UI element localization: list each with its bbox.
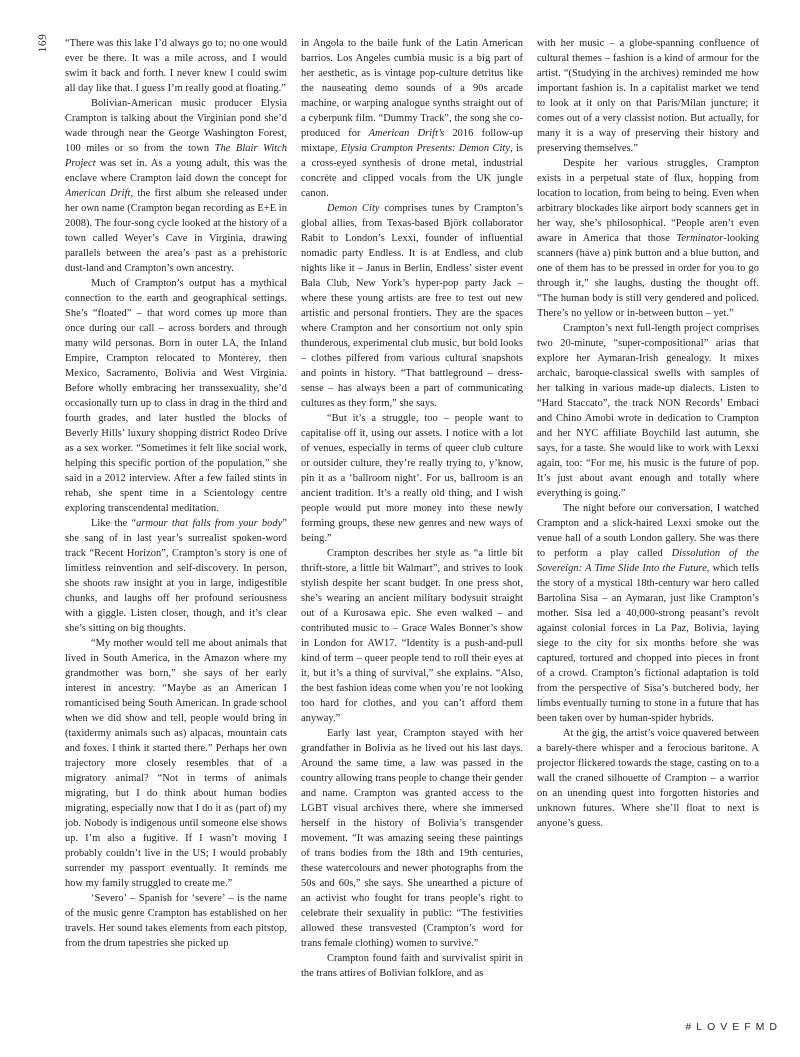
paragraph: with her music – a globe-spanning conflu… (537, 36, 759, 156)
paragraph: in Angola to the baile funk of the Latin… (301, 36, 523, 201)
text-segment: ” she sang of in last year’s surrealist … (65, 518, 287, 634)
text-segment: with her music – a globe-spanning conflu… (537, 38, 759, 154)
text-segment: American Drift’s (369, 128, 445, 139)
text-segment: Like the “ (91, 518, 136, 529)
paragraph: Crampton describes her style as “a littl… (301, 546, 523, 726)
text-segment: Demon City (327, 203, 380, 214)
paragraph: Early last year, Crampton stayed with he… (301, 726, 523, 951)
text-segment: armour that falls from your body (136, 518, 282, 529)
text-segment: ‘Severo’ – Spanish for ‘severe’ – is the… (65, 893, 287, 949)
article-columns: “There was this lake I’d always go to; n… (65, 36, 759, 981)
paragraph: ‘Severo’ – Spanish for ‘severe’ – is the… (65, 891, 287, 951)
text-segment: “There was this lake I’d always go to; n… (65, 38, 287, 94)
watermark-lovefmd: #LOVEFMD (685, 1021, 782, 1033)
paragraph: “But it’s a struggle, too – people want … (301, 411, 523, 546)
text-segment: Terminator (676, 233, 723, 244)
text-segment: Crampton describes her style as “a littl… (301, 548, 523, 724)
paragraph: “My mother would tell me about animals t… (65, 636, 287, 891)
text-segment: in Angola to the baile funk of the Latin… (301, 38, 523, 139)
text-segment: At the gig, the artist’s voice quavered … (537, 728, 759, 829)
text-segment: was set in. As a young adult, this was t… (65, 158, 287, 184)
text-segment: comprises tunes by Crampton’s global all… (301, 203, 523, 409)
text-segment: Elysia Crampton Presents: Demon City (341, 143, 510, 154)
paragraph: “There was this lake I’d always go to; n… (65, 36, 287, 96)
text-segment: Early last year, Crampton stayed with he… (301, 728, 523, 949)
text-segment: Despite her various struggles, Crampton … (537, 158, 759, 244)
paragraph: Demon City comprises tunes by Crampton’s… (301, 201, 523, 411)
text-segment: -looking scanners (have a) pink button a… (537, 233, 759, 319)
paragraph: Despite her various struggles, Crampton … (537, 156, 759, 321)
text-column-3: with her music – a globe-spanning conflu… (537, 36, 759, 981)
text-segment: , the first album she released under her… (65, 188, 287, 274)
paragraph: At the gig, the artist’s voice quavered … (537, 726, 759, 831)
text-column-1: “There was this lake I’d always go to; n… (65, 36, 287, 981)
paragraph: The night before our conversation, I wat… (537, 501, 759, 726)
paragraph: Bolivian-American music producer Elysia … (65, 96, 287, 276)
text-segment: “But it’s a struggle, too – people want … (301, 413, 523, 544)
paragraph: Crampton’s next full-length project comp… (537, 321, 759, 501)
page-number: 169 (37, 34, 49, 53)
text-segment: Much of Crampton’s output has a mythical… (65, 278, 287, 514)
text-segment: , which tells the story of a mystical 18… (537, 563, 759, 724)
paragraph: Like the “armour that falls from your bo… (65, 516, 287, 636)
text-column-2: in Angola to the baile funk of the Latin… (301, 36, 523, 981)
text-segment: “My mother would tell me about animals t… (65, 638, 287, 889)
text-segment: American Drift (65, 188, 131, 199)
text-segment: Crampton found faith and survivalist spi… (301, 953, 523, 979)
paragraph: Much of Crampton’s output has a mythical… (65, 276, 287, 516)
paragraph: Crampton found faith and survivalist spi… (301, 951, 523, 981)
text-segment: Crampton’s next full-length project comp… (537, 323, 759, 499)
magazine-page: 169 “There was this lake I’d always go t… (0, 0, 800, 1057)
